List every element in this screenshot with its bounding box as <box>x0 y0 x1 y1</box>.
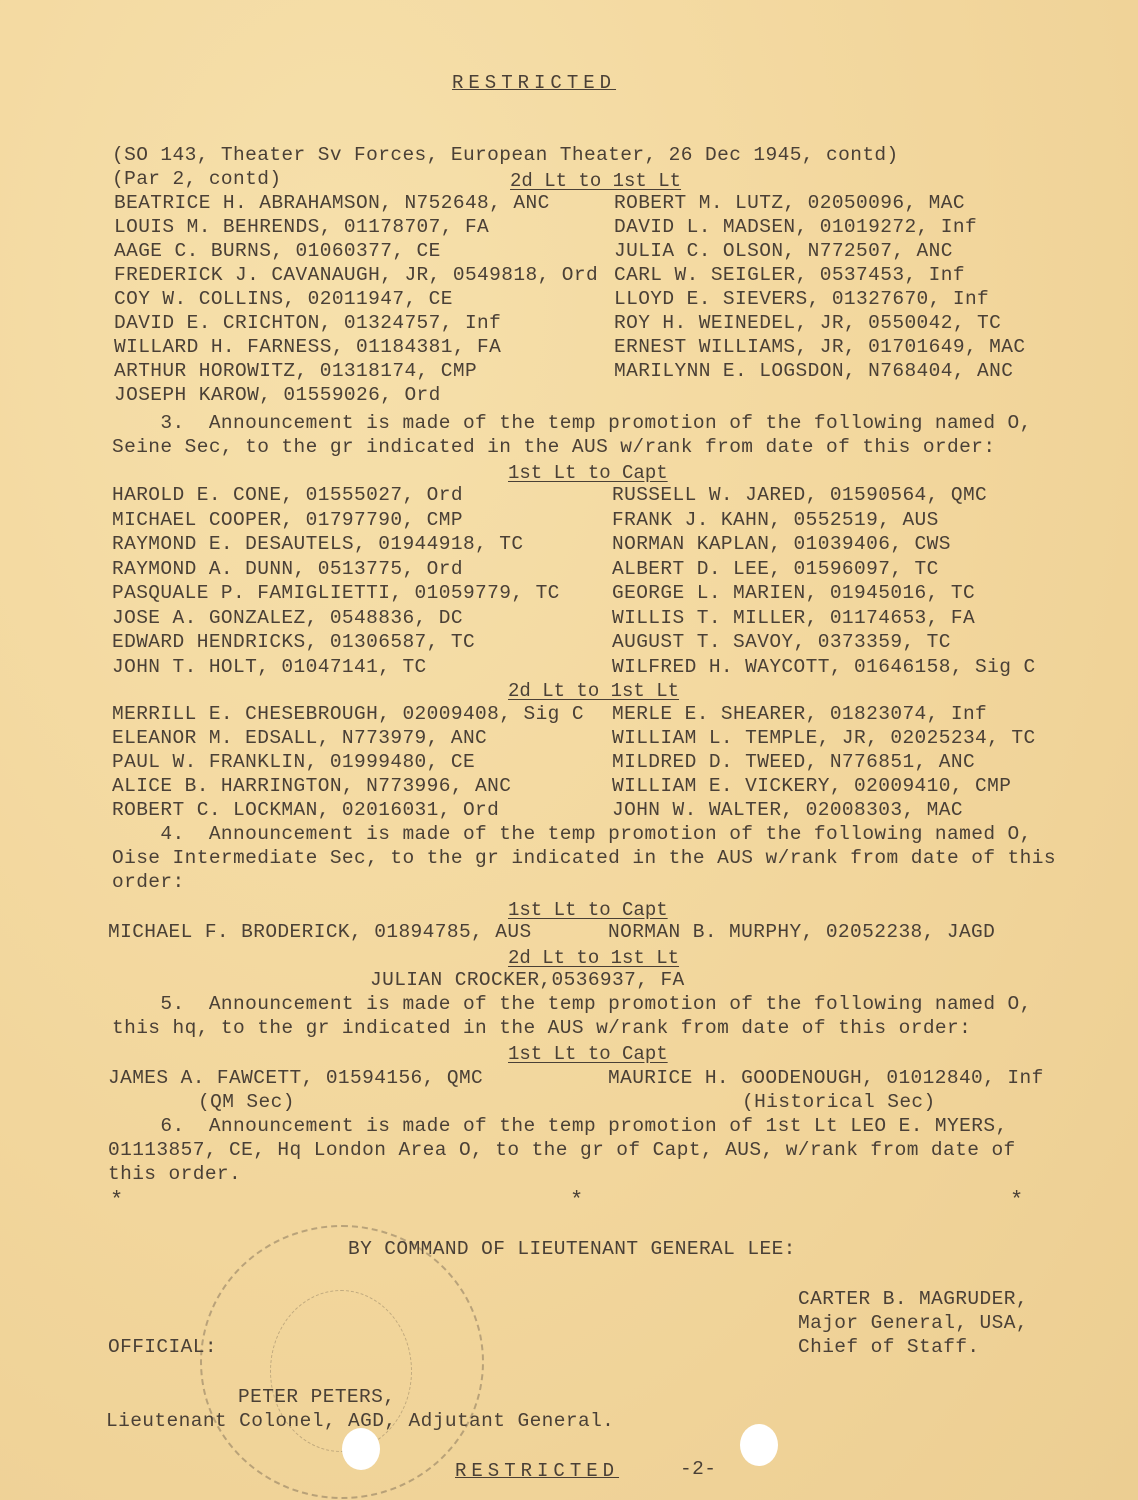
roster-entry: RAYMOND A. DUNN, 0513775, Ord <box>112 560 463 580</box>
roster-entry: FRANK J. KAHN, 0552519, AUS <box>612 511 939 531</box>
roster-entry: JAMES A. FAWCETT, 01594156, QMC <box>108 1069 483 1089</box>
roster-entry: WILLIAM E. VICKERY, 02009410, CMP <box>612 777 1011 797</box>
roster-entry: JOSEPH KAROW, 01559026, Ord <box>114 386 441 406</box>
roster-entry: WILLIS T. MILLER, 01174653, FA <box>612 609 975 629</box>
chief-of-staff-name: CARTER B. MAGRUDER, <box>798 1290 1028 1310</box>
roster-entry: AAGE C. BURNS, 01060377, CE <box>114 242 441 262</box>
roster-entry: WILLARD H. FARNESS, 01184381, FA <box>114 338 501 358</box>
paragraph-3-line-2: Seine Sec, to the gr indicated in the AU… <box>112 438 995 458</box>
roster-entry: PAUL W. FRANKLIN, 01999480, CE <box>112 753 475 773</box>
roster-entry: JOHN T. HOLT, 01047141, TC <box>112 658 427 678</box>
section-note: (Historical Sec) <box>742 1093 936 1113</box>
roster-entry: WILLIAM L. TEMPLE, JR, 02025234, TC <box>612 729 1036 749</box>
roster-entry: BEATRICE H. ABRAHAMSON, N752648, ANC <box>114 194 550 214</box>
roster-entry: ROBERT C. LOCKMAN, 02016031, Ord <box>112 801 499 821</box>
grade-heading: 1st Lt to Capt <box>508 899 668 921</box>
roster-entry: JOSE A. GONZALEZ, 0548836, DC <box>112 609 463 629</box>
roster-entry: HAROLD E. CONE, 01555027, Ord <box>112 486 463 506</box>
grade-heading: 1st Lt to Capt <box>508 462 668 484</box>
roster-entry: JULIAN CROCKER,0536937, FA <box>370 971 685 991</box>
roster-entry: ARTHUR HOROWITZ, 01318174, CMP <box>114 362 477 382</box>
chief-of-staff-title: Chief of Staff. <box>798 1338 980 1358</box>
official-label: OFFICIAL: <box>108 1338 217 1358</box>
roster-entry: WILFRED H. WAYCOTT, 01646158, Sig C <box>612 658 1036 678</box>
roster-entry: FREDERICK J. CAVANAUGH, JR, 0549818, Ord <box>114 266 598 286</box>
classification-header: RESTRICTED <box>452 72 616 94</box>
command-line: BY COMMAND OF LIEUTENANT GENERAL LEE: <box>348 1240 796 1260</box>
roster-entry: MAURICE H. GOODENOUGH, 01012840, Inf <box>608 1069 1044 1089</box>
reference-line: (SO 143, Theater Sv Forces, European The… <box>112 146 899 166</box>
document-page: RESTRICTED (SO 143, Theater Sv Forces, E… <box>0 0 1138 1500</box>
adjutant-name: PETER PETERS, <box>238 1388 395 1408</box>
paragraph-4-line-1: 4. Announcement is made of the temp prom… <box>112 825 1032 845</box>
punch-hole <box>740 1424 778 1466</box>
roster-entry: NORMAN B. MURPHY, 02052238, JAGD <box>608 923 995 943</box>
separator-star: * <box>1010 1188 1023 1213</box>
page-number: -2- <box>680 1460 716 1480</box>
grade-heading: 2d Lt to 1st Lt <box>510 170 681 192</box>
section-note: (QM Sec) <box>198 1093 295 1113</box>
paragraph-5-line-1: 5. Announcement is made of the temp prom… <box>112 995 1032 1015</box>
chief-of-staff-rank: Major General, USA, <box>798 1314 1028 1334</box>
roster-entry: COY W. COLLINS, 02011947, CE <box>114 290 453 310</box>
paragraph-6-line-1: 6. Announcement is made of the temp prom… <box>112 1117 1008 1137</box>
roster-entry: ALICE B. HARRINGTON, N773996, ANC <box>112 777 511 797</box>
roster-entry: LOUIS M. BEHRENDS, 01178707, FA <box>114 218 489 238</box>
paragraph-continued: (Par 2, contd) <box>112 170 281 190</box>
roster-entry: MERRILL E. CHESEBROUGH, 02009408, Sig C <box>112 705 584 725</box>
roster-entry: ELEANOR M. EDSALL, N773979, ANC <box>112 729 487 749</box>
roster-entry: LLOYD E. SIEVERS, 01327670, Inf <box>614 290 989 310</box>
separator-star: * <box>570 1188 583 1213</box>
roster-entry: DAVID L. MADSEN, 01019272, Inf <box>614 218 977 238</box>
roster-entry: ROBERT M. LUTZ, 02050096, MAC <box>614 194 965 214</box>
roster-entry: MICHAEL COOPER, 01797790, CMP <box>112 511 463 531</box>
roster-entry: AUGUST T. SAVOY, 0373359, TC <box>612 633 951 653</box>
grade-heading: 2d Lt to 1st Lt <box>508 947 679 969</box>
roster-entry: EDWARD HENDRICKS, 01306587, TC <box>112 633 475 653</box>
paragraph-6-line-3: this order. <box>108 1165 241 1185</box>
roster-entry: CARL W. SEIGLER, 0537453, Inf <box>614 266 965 286</box>
paragraph-4-line-2: Oise Intermediate Sec, to the gr indicat… <box>112 849 1056 869</box>
roster-entry: MERLE E. SHEARER, 01823074, Inf <box>612 705 987 725</box>
roster-entry: GEORGE L. MARIEN, 01945016, TC <box>612 584 975 604</box>
classification-footer: RESTRICTED <box>455 1460 619 1482</box>
roster-entry: MICHAEL F. BRODERICK, 01894785, AUS <box>108 923 532 943</box>
paragraph-4-line-3: order: <box>112 873 185 893</box>
punch-hole <box>342 1428 380 1470</box>
paragraph-5-line-2: this hq, to the gr indicated in the AUS … <box>112 1019 971 1039</box>
roster-entry: RUSSELL W. JARED, 01590564, QMC <box>612 486 987 506</box>
roster-entry: ROY H. WEINEDEL, JR, 0550042, TC <box>614 314 1001 334</box>
roster-entry: PASQUALE P. FAMIGLIETTI, 01059779, TC <box>112 584 560 604</box>
separator-star: * <box>110 1188 123 1213</box>
roster-entry: JOHN W. WALTER, 02008303, MAC <box>612 801 963 821</box>
paragraph-3-line-1: 3. Announcement is made of the temp prom… <box>112 414 1032 434</box>
roster-entry: MILDRED D. TWEED, N776851, ANC <box>612 753 975 773</box>
roster-entry: JULIA C. OLSON, N772507, ANC <box>614 242 953 262</box>
roster-entry: ALBERT D. LEE, 01596097, TC <box>612 560 939 580</box>
paragraph-6-line-2: 01113857, CE, Hq London Area O, to the g… <box>108 1141 1016 1161</box>
roster-entry: MARILYNN E. LOGSDON, N768404, ANC <box>614 362 1013 382</box>
roster-entry: RAYMOND E. DESAUTELS, 01944918, TC <box>112 535 523 555</box>
roster-entry: DAVID E. CRICHTON, 01324757, Inf <box>114 314 501 334</box>
roster-entry: ERNEST WILLIAMS, JR, 01701649, MAC <box>614 338 1025 358</box>
grade-heading: 2d Lt to 1st Lt <box>508 680 679 702</box>
roster-entry: NORMAN KAPLAN, 01039406, CWS <box>612 535 951 555</box>
grade-heading: 1st Lt to Capt <box>508 1043 668 1065</box>
